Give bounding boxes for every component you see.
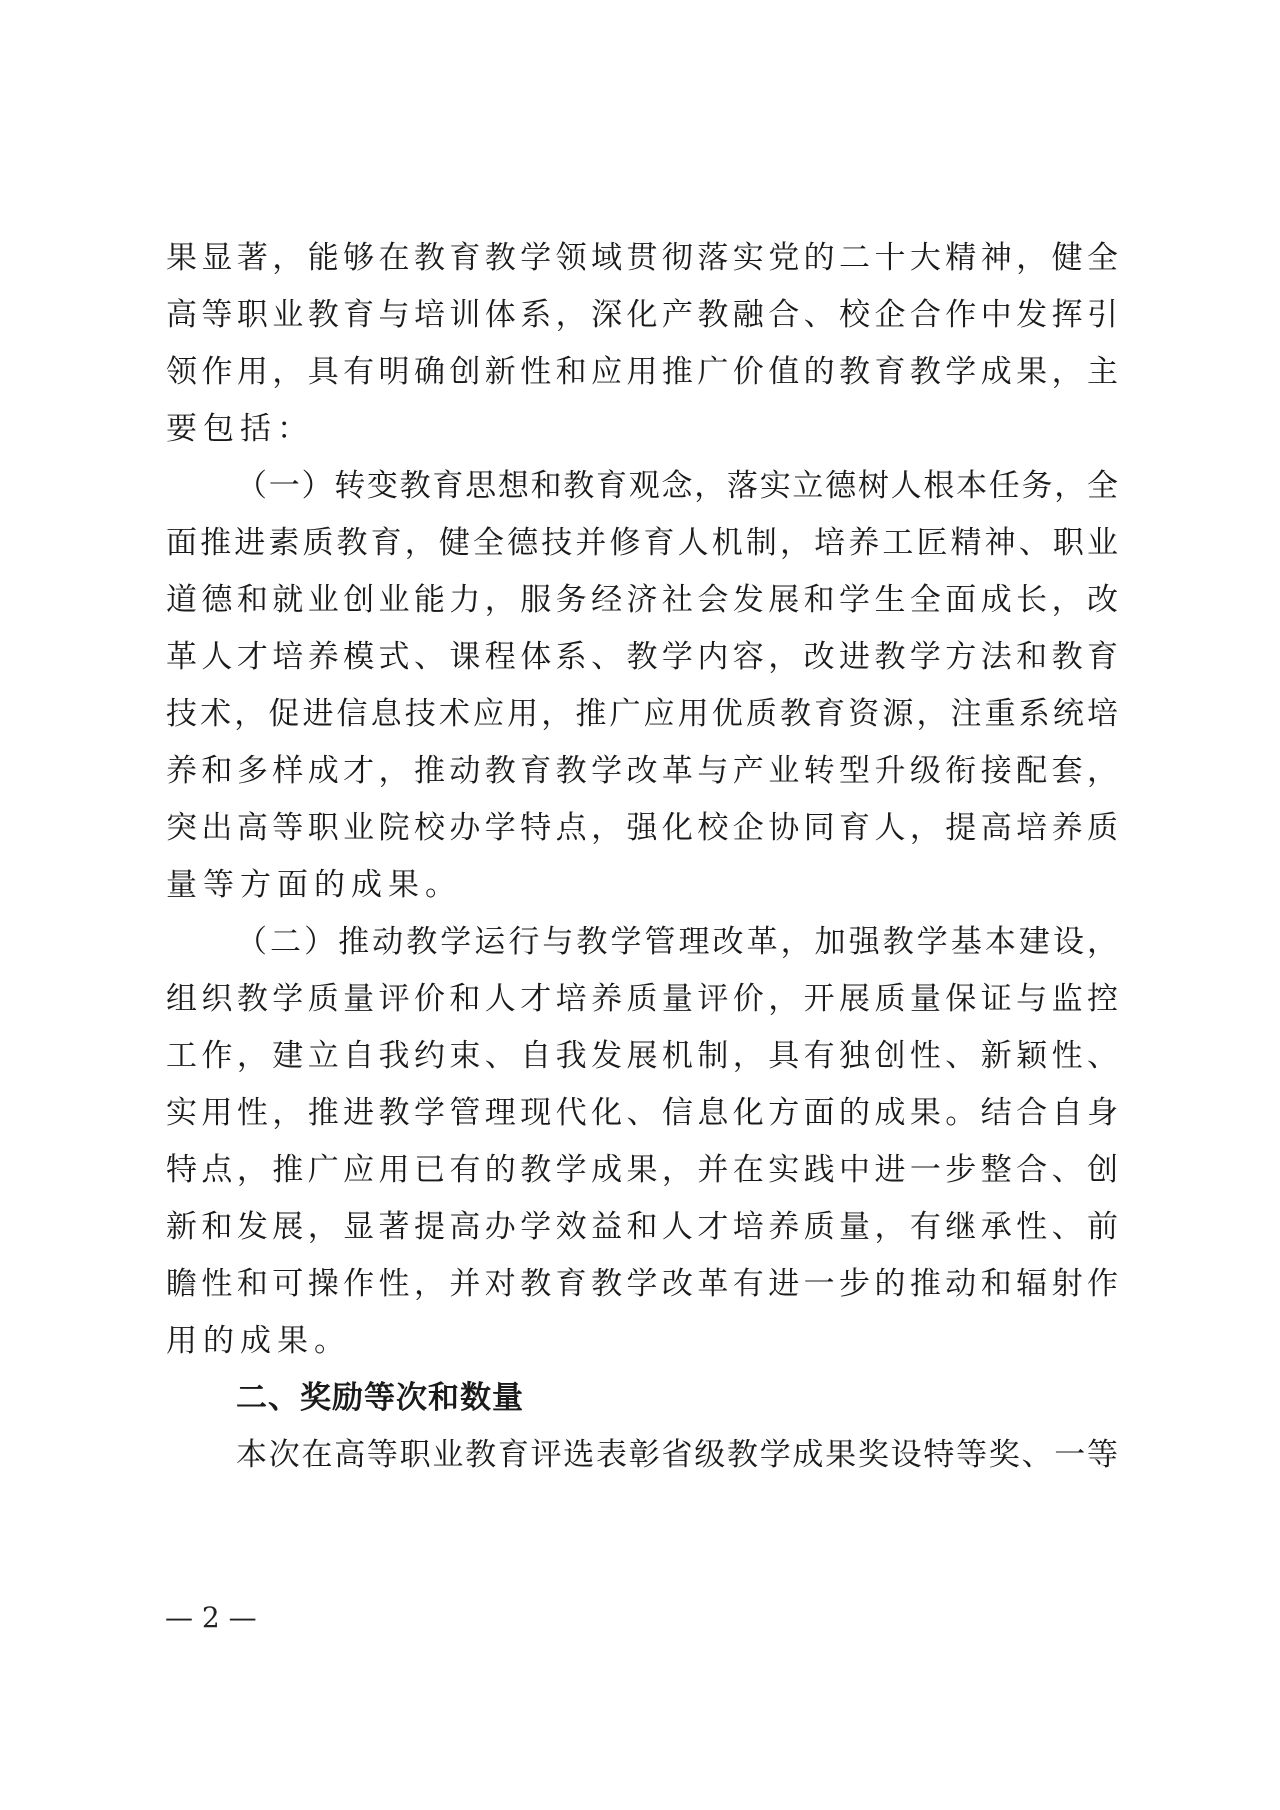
paragraph-line: 面推进素质教育，健全德技并修育人机制，培养工匠精神、职业 — [166, 521, 1118, 578]
paragraph-line: 果显著，能够在教育教学领域贯彻落实党的二十大精神，健全 — [166, 236, 1118, 293]
paragraph-line: 瞻性和可操作性，并对教育教学改革有进一步的推动和辐射作 — [166, 1262, 1118, 1319]
paragraph-line: 要包括： — [166, 407, 1118, 464]
document-page: 果显著，能够在教育教学领域贯彻落实党的二十大精神，健全 高等职业教育与培训体系，… — [0, 0, 1280, 1810]
paragraph-line: 养和多样成才，推动教育教学改革与产业转型升级衔接配套， — [166, 749, 1118, 806]
paragraph-line: 高等职业教育与培训体系，深化产教融合、校企合作中发挥引 — [166, 293, 1118, 350]
paragraph-line: 新和发展，显著提高办学效益和人才培养质量，有继承性、前 — [166, 1205, 1118, 1262]
paragraph-line: 道德和就业创业能力，服务经济社会发展和学生全面成长，改 — [166, 578, 1118, 635]
page-number: — 2 — — [165, 1598, 257, 1638]
paragraph-line: （二）推动教学运行与教学管理改革，加强教学基本建设， — [166, 920, 1118, 977]
paragraph-line: 量等方面的成果。 — [166, 863, 1118, 920]
paragraph-line: 实用性，推进教学管理现代化、信息化方面的成果。结合自身 — [166, 1091, 1118, 1148]
paragraph-line: 组织教学质量评价和人才培养质量评价，开展质量保证与监控 — [166, 977, 1118, 1034]
paragraph-line: 用的成果。 — [166, 1319, 1118, 1376]
section-heading: 二、奖励等次和数量 — [166, 1376, 1118, 1433]
paragraph-line: 本次在高等职业教育评选表彰省级教学成果奖设特等奖、一等 — [166, 1433, 1118, 1490]
paragraph-line: 技术，促进信息技术应用，推广应用优质教育资源，注重系统培 — [166, 692, 1118, 749]
paragraph-line: 革人才培养模式、课程体系、教学内容，改进教学方法和教育 — [166, 635, 1118, 692]
paragraph-line: 领作用，具有明确创新性和应用推广价值的教育教学成果，主 — [166, 350, 1118, 407]
paragraph-line: （一）转变教育思想和教育观念，落实立德树人根本任务，全 — [166, 464, 1118, 521]
paragraph-line: 突出高等职业院校办学特点，强化校企协同育人，提高培养质 — [166, 806, 1118, 863]
document-body: 果显著，能够在教育教学领域贯彻落实党的二十大精神，健全 高等职业教育与培训体系，… — [166, 236, 1118, 1490]
paragraph-line: 特点，推广应用已有的教学成果，并在实践中进一步整合、创 — [166, 1148, 1118, 1205]
paragraph-line: 工作，建立自我约束、自我发展机制，具有独创性、新颖性、 — [166, 1034, 1118, 1091]
